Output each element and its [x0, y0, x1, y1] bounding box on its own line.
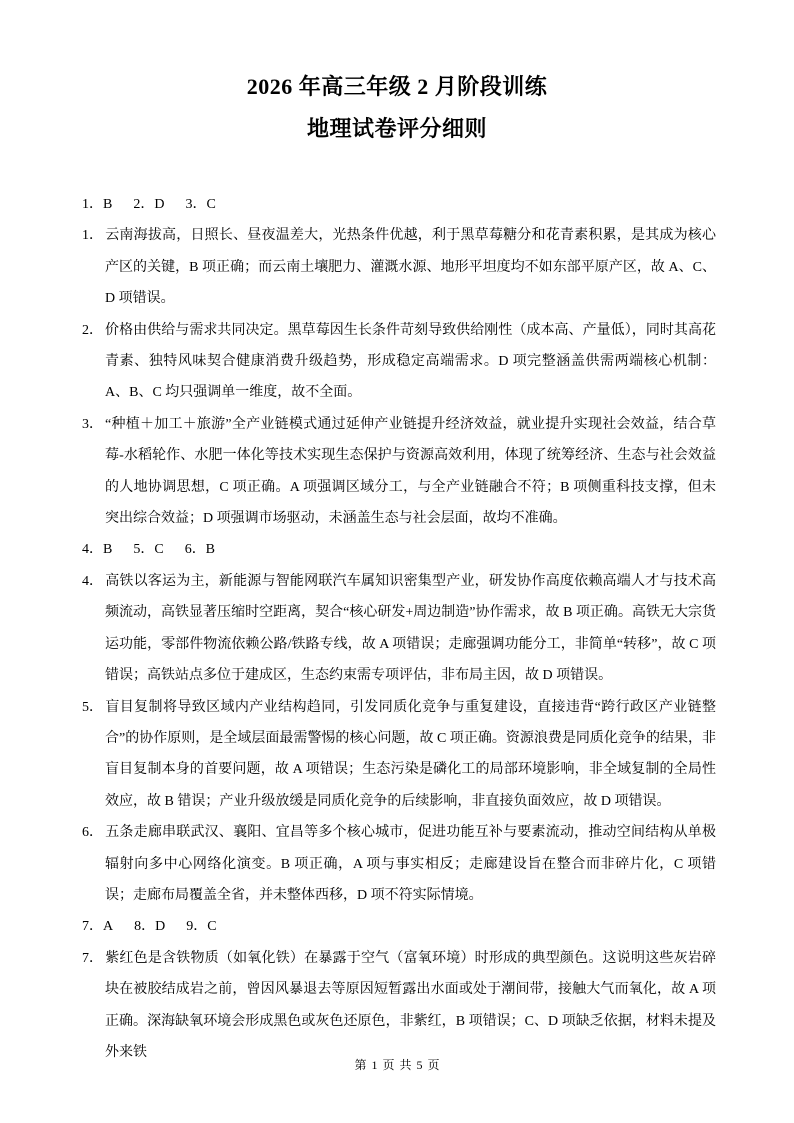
- explanation-item-1-text: 云南海拔高，日照长、昼夜温差大，光热条件优越，利于黑草莓糖分和花青素积累，是其成…: [105, 228, 716, 306]
- explanation-item-1: 1．云南海拔高，日照长、昼夜温差大，光热条件优越，利于黑草莓糖分和花青素积累，是…: [82, 220, 716, 314]
- explanation-item-3: 3．“种植＋加工＋旅游”全产业链模式通过延伸产业链提升经济效益，就业提升实现社会…: [82, 409, 716, 535]
- exam-title-line2: 地理试卷评分细则: [0, 108, 794, 150]
- explanation-item-5-text: 盲目复制将导致区域内产业结构趋同，引发同质化竞争与重复建设，直接违背“跨行政区产…: [105, 700, 716, 809]
- explanation-item-4-text: 高铁以客运为主，新能源与智能网联汽车属知识密集型产业，研发协作高度依赖高端人才与…: [105, 574, 716, 683]
- answer-q8: 8．D: [134, 911, 165, 942]
- explanation-item-6-text: 五条走廊串联武汉、襄阳、宜昌等多个核心城市，促进功能互补与要素流动，推动空间结构…: [105, 825, 716, 903]
- answer-q5: 5．C: [133, 534, 163, 565]
- answer-q1: 1．B: [82, 189, 112, 220]
- answer-key-content: 1．B 2．D 3．C 1．云南海拔高，日照长、昼夜温差大，光热条件优越，利于黑…: [82, 189, 716, 1068]
- page-number-footer: 第 1 页 共 5 页: [0, 1056, 794, 1073]
- answer-key-row-q4-q6: 4．B 5．C 6．B: [82, 534, 716, 565]
- explanation-item-7: 7．紫红色是含铁物质（如氧化铁）在暴露于空气（富氧环境）时形成的典型颜色。这说明…: [82, 943, 716, 1069]
- explanation-item-6-number: 6．: [82, 817, 105, 848]
- explanation-item-2-number: 2．: [82, 315, 105, 346]
- answer-q3: 3．C: [185, 189, 215, 220]
- document-page: 2026 年高三年级 2 月阶段训练 地理试卷评分细则 1．B 2．D 3．C …: [0, 0, 794, 1123]
- answer-q4: 4．B: [82, 534, 112, 565]
- explanation-item-7-number: 7．: [82, 943, 105, 974]
- answer-q9: 9．C: [186, 911, 216, 942]
- explanation-item-4-number: 4．: [82, 566, 105, 597]
- answer-q6: 6．B: [185, 534, 215, 565]
- explanation-item-3-number: 3．: [82, 409, 105, 440]
- explanation-item-3-text: “种植＋加工＋旅游”全产业链模式通过延伸产业链提升经济效益，就业提升实现社会效益…: [105, 417, 716, 526]
- explanation-item-4: 4．高铁以客运为主，新能源与智能网联汽车属知识密集型产业，研发协作高度依赖高端人…: [82, 566, 716, 692]
- explanation-item-5: 5．盲目复制将导致区域内产业结构趋同，引发同质化竞争与重复建设，直接违背“跨行政…: [82, 692, 716, 818]
- answer-q7: 7．A: [82, 911, 113, 942]
- answer-key-row-q1-q3: 1．B 2．D 3．C: [82, 189, 716, 220]
- explanation-item-2: 2．价格由供给与需求共同决定。黑草莓因生长条件苛刻导致供给刚性（成本高、产量低）…: [82, 315, 716, 409]
- exam-title-line1: 2026 年高三年级 2 月阶段训练: [0, 66, 794, 108]
- explanation-item-1-number: 1．: [82, 220, 105, 251]
- answer-q2: 2．D: [133, 189, 164, 220]
- explanation-item-7-text: 紫红色是含铁物质（如氧化铁）在暴露于空气（富氧环境）时形成的典型颜色。这说明这些…: [105, 951, 716, 1060]
- answer-key-row-q7-q9: 7．A 8．D 9．C: [82, 911, 716, 942]
- explanation-item-2-text: 价格由供给与需求共同决定。黑草莓因生长条件苛刻导致供给刚性（成本高、产量低），同…: [105, 323, 716, 401]
- explanation-item-5-number: 5．: [82, 692, 105, 723]
- explanation-item-6: 6．五条走廊串联武汉、襄阳、宜昌等多个核心城市，促进功能互补与要素流动，推动空间…: [82, 817, 716, 911]
